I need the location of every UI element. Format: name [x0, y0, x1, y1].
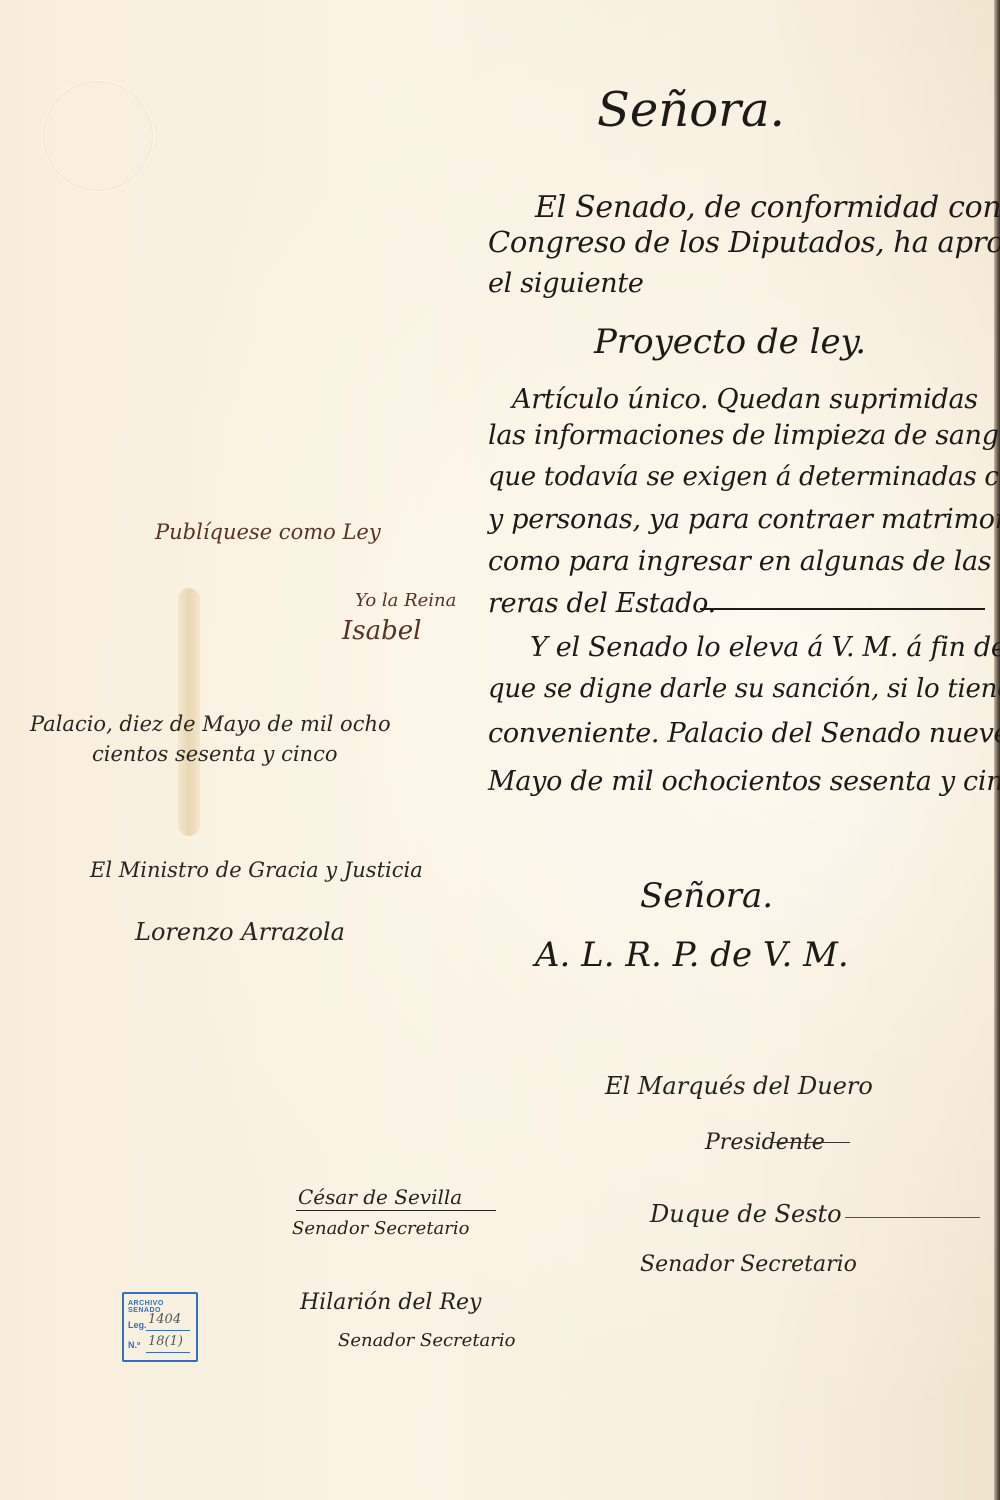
royal-name: Isabel: [342, 616, 421, 646]
stamp-underline: [146, 1352, 190, 1353]
secretary3-title: Senador Secretario: [338, 1330, 515, 1351]
minister-title: El Ministro de Gracia y Justicia: [90, 858, 423, 882]
embossed-seal: [42, 80, 154, 192]
royal-signature: Yo la Reina: [355, 590, 456, 611]
archive-stamp: ARCHIVO SENADO Leg. 1404 N.º 18(1): [122, 1292, 198, 1362]
closing-line: Mayo de mil ochocientos sesenta y cinco.: [488, 766, 1000, 797]
document-page: Señora. El Senado, de conformidad con el…: [0, 0, 1000, 1500]
stamp-leg-value: 1404: [148, 1312, 181, 1327]
article-line: que todavía se exigen á determinadas cla…: [488, 462, 1000, 492]
preamble-line: El Senado, de conformidad con el: [535, 190, 1000, 225]
secretary2-title: Senador Secretario: [292, 1218, 469, 1239]
heading: Señora.: [597, 82, 785, 138]
stamp-num-label: N.º: [128, 1340, 140, 1350]
margin-date-line: cientos sesenta y cinco: [92, 742, 337, 766]
minister-name: Lorenzo Arrazola: [135, 918, 345, 946]
stamp-leg-label: Leg.: [128, 1320, 147, 1330]
salutation: Señora.: [640, 876, 773, 916]
president-name: El Marqués del Duero: [605, 1072, 873, 1100]
closing-line: que se digne darle su sanción, si lo tie…: [488, 674, 1000, 704]
article-line: reras del Estado.: [488, 588, 716, 619]
article-line: y personas, ya para contraer matrimonio: [488, 504, 1000, 535]
preamble-line: el siguiente: [488, 268, 644, 299]
stamp-num-value: 18(1): [148, 1334, 183, 1349]
signature-flourish: [770, 1142, 850, 1143]
article-line: Artículo único. Quedan suprimidas: [512, 384, 978, 415]
royal-order: Publíquese como Ley: [155, 520, 381, 544]
secretary1-name: Duque de Sesto: [650, 1200, 842, 1228]
preamble-line: Congreso de los Diputados, ha aprobado: [488, 225, 1000, 259]
article-line: las informaciones de limpieza de sangre: [488, 420, 1000, 451]
subheading: Proyecto de ley.: [594, 322, 866, 362]
signature-flourish: [845, 1217, 980, 1218]
closing-line: conveniente. Palacio del Senado nueve de: [488, 718, 1000, 749]
stamp-underline: [146, 1330, 190, 1331]
end-rule: [700, 608, 985, 610]
secretary1-title: Senador Secretario: [640, 1252, 857, 1277]
secretary2-name: César de Sevilla: [298, 1185, 462, 1209]
closing-line: Y el Senado lo eleva á V. M. á fin de: [530, 632, 1000, 663]
secretary3-name: Hilarión del Rey: [300, 1290, 481, 1315]
article-line: como para ingresar en algunas de las car…: [488, 546, 1000, 577]
signature-underline: [296, 1210, 496, 1211]
margin-date-line: Palacio, diez de Mayo de mil ocho: [30, 712, 391, 736]
formula: A. L. R. P. de V. M.: [535, 935, 849, 975]
